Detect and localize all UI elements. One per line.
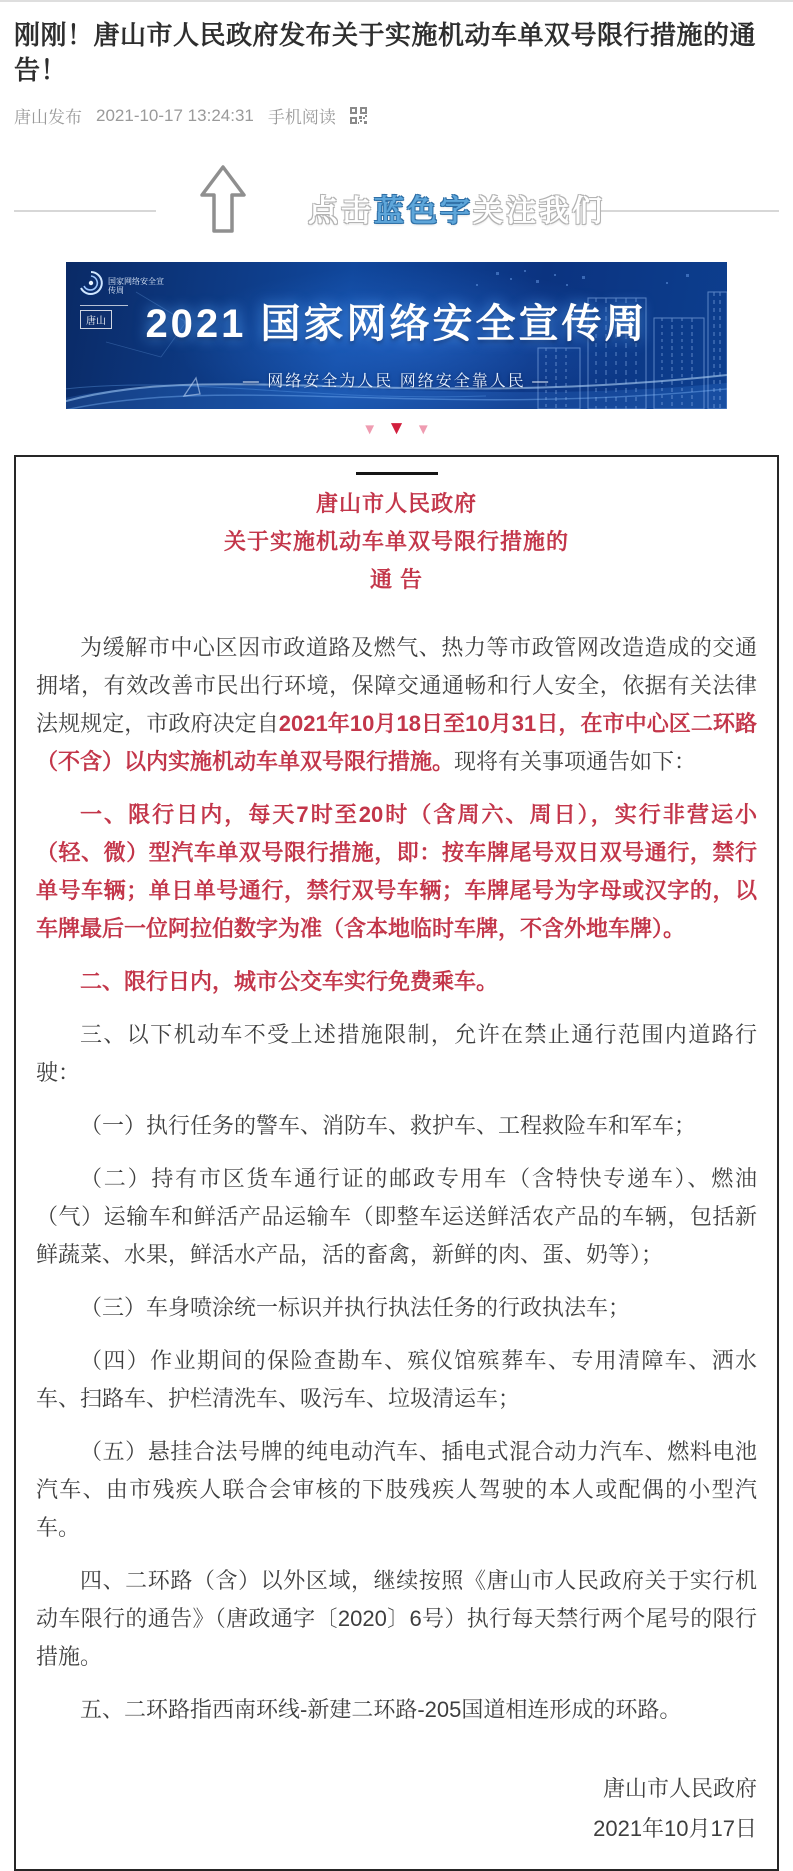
cybersecurity-week-banner[interactable]: 国家网络安全宣传周 唐山 2021 国家网络安全宣传周 — 网络安全为人民 网络…	[66, 262, 727, 409]
triangle-icon: ▼	[387, 419, 406, 439]
document-paragraph: （五）悬挂合法号牌的纯电动汽车、插电式混合动力汽车、燃料电池汽车、由市残疾人联合…	[36, 1433, 757, 1547]
notice-headings: 唐山市人民政府关于实施机动车单双号限行措施的通 告	[36, 485, 757, 599]
triangle-icon: ▼	[362, 420, 377, 440]
notice-document: 唐山市人民政府关于实施机动车单双号限行措施的通 告 为缓解市中心区因市政道路及燃…	[14, 455, 779, 1871]
notice-signature: 唐山市人民政府 2021年10月17日	[36, 1769, 757, 1849]
mobile-read-link[interactable]: 手机阅读	[268, 103, 336, 128]
text-segment: 现将有关事项通告如下：	[454, 749, 696, 774]
up-arrow-icon	[200, 164, 246, 239]
triangle-divider: ▼▼▼	[0, 419, 793, 440]
text-segment: （四）作业期间的保险查勘车、殡仪馆殡葬车、专用清障车、洒水车、扫路车、护栏清洗车…	[36, 1348, 757, 1411]
right-divider-line	[583, 210, 779, 212]
signature-issuer: 唐山市人民政府	[36, 1769, 757, 1809]
document-paragraph: （一）执行任务的警车、消防车、救护车、工程救险车和军车；	[36, 1107, 757, 1145]
banner-title: 2021 国家网络安全宣传周	[66, 292, 727, 349]
text-segment: 一、限行日内，每天7时至20时（含周六、周日），实行非营运小（轻、微）型汽车单双…	[36, 802, 757, 941]
banner-subtitle: — 网络安全为人民 网络安全靠人民 —	[66, 368, 727, 391]
text-segment: 四、二环路（含）以外区域，继续按照《唐山市人民政府关于实行机动车限行的通告》（唐…	[36, 1568, 757, 1669]
text-segment: （一）执行任务的警车、消防车、救护车、工程救险车和军车；	[80, 1113, 696, 1138]
text-segment: （二）持有市区货车通行证的邮政专用车（含特快专递车）、燃油（气）运输车和鲜活产品…	[36, 1166, 757, 1267]
text-segment: （五）悬挂合法号牌的纯电动汽车、插电式混合动力汽车、燃料电池汽车、由市残疾人联合…	[36, 1439, 757, 1540]
document-heading-line: 通 告	[36, 561, 757, 599]
document-paragraph: 一、限行日内，每天7时至20时（含周六、周日），实行非营运小（轻、微）型汽车单双…	[36, 796, 757, 948]
text-segment: 三、以下机动车不受上述措施限制，允许在禁止通行范围内道路行驶：	[36, 1022, 757, 1085]
qr-code-icon[interactable]	[350, 107, 367, 124]
notice-top-rule	[356, 472, 438, 475]
document-paragraph: 五、二环路指西南环线-新建二环路-205国道相连形成的环路。	[36, 1691, 757, 1729]
page-title: 刚刚！唐山市人民政府发布关于实施机动车单双号限行措施的通告！	[14, 18, 779, 88]
follow-caption-prefix: 点击	[308, 195, 374, 228]
follow-caption: 点击蓝色字关注我们	[308, 186, 605, 230]
signature-date: 2021年10月17日	[36, 1809, 757, 1849]
follow-caption-highlight[interactable]: 蓝色字	[374, 195, 473, 228]
document-paragraph: 为缓解市中心区因市政道路及燃气、热力等市政管网改造造成的交通拥堵，有效改善市民出…	[36, 629, 757, 781]
notice-body: 为缓解市中心区因市政道路及燃气、热力等市政管网改造造成的交通拥堵，有效改善市民出…	[36, 629, 757, 1729]
document-heading-line: 关于实施机动车单双号限行措施的	[36, 523, 757, 561]
document-paragraph: 四、二环路（含）以外区域，继续按照《唐山市人民政府关于实行机动车限行的通告》（唐…	[36, 1562, 757, 1676]
text-segment: 五、二环路指西南环线-新建二环路-205国道相连形成的环路。	[80, 1697, 681, 1722]
document-paragraph: （二）持有市区货车通行证的邮政专用车（含特快专递车）、燃油（气）运输车和鲜活产品…	[36, 1160, 757, 1274]
left-divider-line	[14, 210, 156, 212]
follow-strip[interactable]: 点击蓝色字关注我们	[0, 152, 793, 248]
source-name[interactable]: 唐山发布	[14, 103, 82, 128]
text-segment: 二、限行日内，城市公交车实行免费乘车。	[80, 969, 498, 994]
article-meta: 唐山发布 2021-10-17 13:24:31 手机阅读	[14, 103, 779, 128]
document-paragraph: 三、以下机动车不受上述措施限制，允许在禁止通行范围内道路行驶：	[36, 1016, 757, 1092]
document-heading-line: 唐山市人民政府	[36, 485, 757, 523]
publish-time: 2021-10-17 13:24:31	[96, 106, 254, 126]
document-paragraph: （三）车身喷涂统一标识并执行执法任务的行政执法车；	[36, 1289, 757, 1327]
triangle-icon: ▼	[416, 420, 431, 440]
follow-caption-suffix: 关注我们	[473, 195, 605, 228]
text-segment: （三）车身喷涂统一标识并执行执法任务的行政执法车；	[80, 1295, 630, 1320]
document-paragraph: 二、限行日内，城市公交车实行免费乘车。	[36, 963, 757, 1001]
document-paragraph: （四）作业期间的保险查勘车、殡仪馆殡葬车、专用清障车、洒水车、扫路车、护栏清洗车…	[36, 1342, 757, 1418]
